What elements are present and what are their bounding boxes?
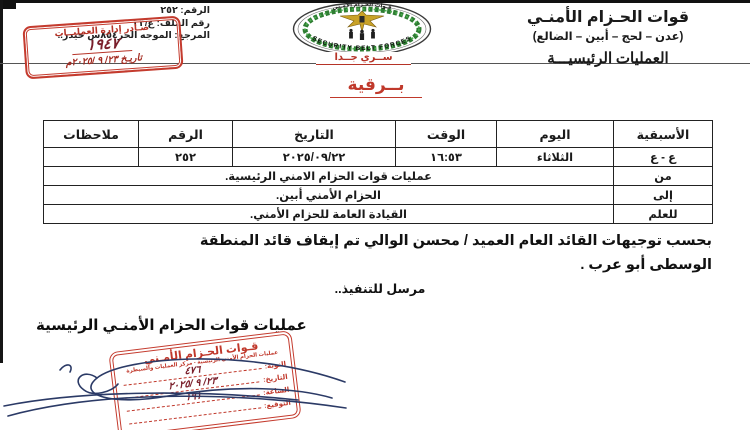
value-number: ٢٥٢	[139, 148, 233, 167]
label-to: إلى	[614, 186, 713, 205]
classification-top-secret: ســري جــدا	[316, 52, 411, 65]
col-header-notes: ملاحظات	[44, 121, 139, 148]
value-day: الثلاثاء	[497, 148, 614, 167]
outgoing-stamp-number: ١٩٤٧	[72, 35, 133, 55]
value-from: عمليات قوات الحزام الامني الرئيسية.	[44, 167, 614, 186]
telegram-header-table: الأسبقية اليوم الوقت التاريخ الرقم ملاحظ…	[43, 120, 713, 224]
value-notes	[44, 148, 139, 167]
doc-title-telegram: بــرقية	[330, 75, 422, 98]
value-for-info: القيادة العامة للحزام الأمني.	[44, 205, 614, 224]
dispatch-note: مرسل للتنفيذ..	[295, 281, 465, 296]
table-values-row: ع - ع الثلاثاء ١٦:٥٣ ٢٠٢٥/٠٩/٢٢ ٢٥٢	[44, 148, 713, 167]
col-header-number: الرقم	[139, 121, 233, 148]
doc-number-line: الرقم: ٢٥٢	[58, 5, 210, 18]
col-header-day: اليوم	[497, 121, 614, 148]
col-header-priority: الأسبقية	[614, 121, 713, 148]
telegram-body-text: بحسب توجيهات القائد العام العميد / محسن …	[36, 229, 712, 277]
org-regions: (عدن – لحج – أبين – الضالع)	[480, 29, 736, 43]
org-department: العمليات الرئيسيـــة	[480, 49, 736, 68]
col-header-time: الوقت	[396, 121, 497, 148]
org-title: قوات الحـزام الأمنـي	[480, 7, 736, 27]
value-date: ٢٠٢٥/٠٩/٢٢	[233, 148, 396, 167]
value-to: الحزام الأمني أبين.	[44, 186, 614, 205]
org-header: قوات الحـزام الأمنـي (عدن – لحج – أبين –…	[480, 7, 736, 68]
table-row-to: إلى الحزام الأمني أبين.	[44, 186, 713, 205]
label-for-info: للعلم	[614, 205, 713, 224]
label-from: من	[614, 167, 713, 186]
scan-left-border	[0, 0, 3, 363]
col-header-date: التاريخ	[233, 121, 396, 148]
scanned-telegram-document: { "header": { "org_title": "قوات الحـزام…	[0, 0, 750, 430]
table-header-row: الأسبقية اليوم الوقت التاريخ الرقم ملاحظ…	[44, 121, 713, 148]
value-time: ١٦:٥٣	[396, 148, 497, 167]
table-row-for-info: للعلم القيادة العامة للحزام الأمني.	[44, 205, 713, 224]
sender-title: عمليات قوات الحزام الأمنـي الرئيسية	[36, 316, 326, 334]
security-belt-forces-seal: قـوات الحـزام الأمـني SECURITY BELT FORC…	[292, 2, 432, 56]
value-priority: ع - ع	[614, 148, 713, 167]
table-row-from: من عمليات قوات الحزام الامني الرئيسية.	[44, 167, 713, 186]
handwritten-signature	[0, 340, 360, 430]
outgoing-stamp: صـادر إدارة العمليــات ١٩٤٧ تاريـخ ٢٣/ ٩…	[22, 16, 183, 80]
